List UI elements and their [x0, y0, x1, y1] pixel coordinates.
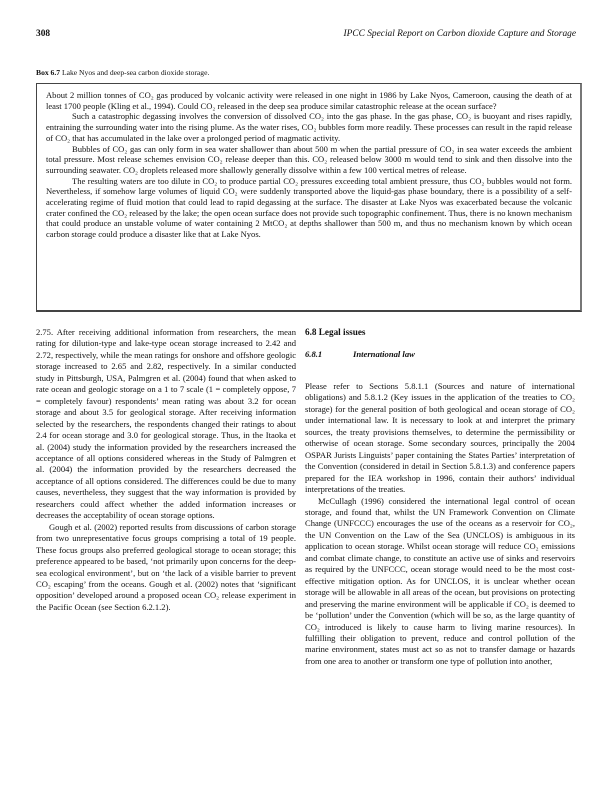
left-column: 2.75. After receiving additional informa…: [36, 327, 296, 613]
right-column: 6.8 Legal issues 6.8.1International law …: [305, 327, 575, 667]
running-title: IPCC Special Report on Carbon dioxide Ca…: [344, 29, 576, 39]
page-number: 308: [36, 29, 50, 39]
page-header: 308 IPCC Special Report on Carbon dioxid…: [36, 29, 576, 43]
box-caption-text: Lake Nyos and deep-sea carbon dioxide st…: [60, 68, 209, 77]
body-paragraph: 2.75. After receiving additional informa…: [36, 327, 296, 522]
box-paragraph: About 2 million tonnes of CO₂ gas produc…: [46, 90, 572, 111]
subsection-heading: 6.8.1International law: [305, 349, 575, 381]
subsection-number: 6.8.1: [305, 349, 353, 360]
subsection-title: International law: [353, 349, 415, 359]
box-paragraph: The resulting waters are too dilute in C…: [46, 176, 572, 240]
box-caption: Box 6.7 Lake Nyos and deep-sea carbon di…: [36, 68, 209, 77]
body-paragraph: Gough et al. (2002) reported results fro…: [36, 522, 296, 614]
box-label: Box 6.7: [36, 68, 60, 77]
body-paragraph: Please refer to Sections 5.8.1.1 (Source…: [305, 381, 575, 496]
body-paragraph: McCullagh (1996) considered the internat…: [305, 496, 575, 668]
text-box-lake-nyos: About 2 million tonnes of CO₂ gas produc…: [36, 83, 582, 312]
box-paragraph: Bubbles of CO₂ gas can only form in sea …: [46, 144, 572, 176]
section-heading: 6.8 Legal issues: [305, 327, 575, 349]
box-paragraph: Such a catastrophic degassing involves t…: [46, 111, 572, 143]
